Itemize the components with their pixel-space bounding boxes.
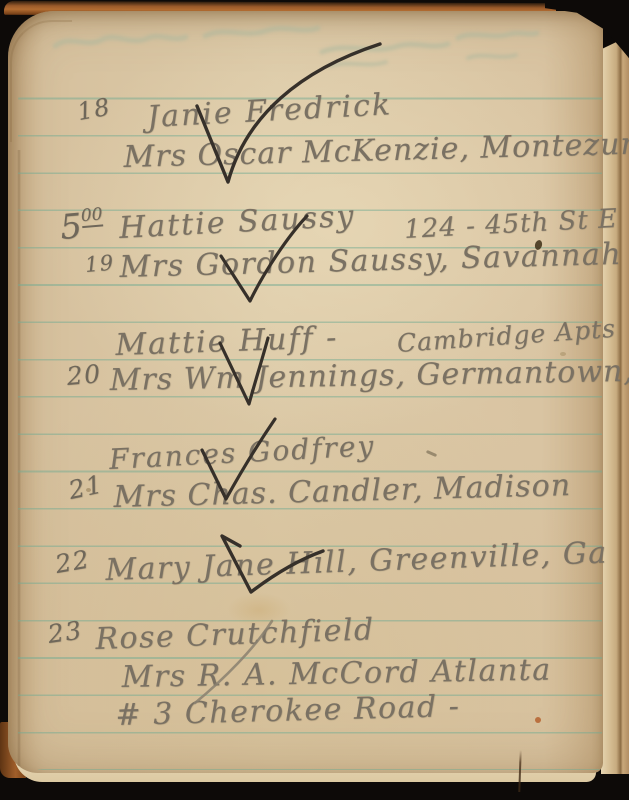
rust-spot <box>535 717 541 723</box>
check-mark-icon-entry-18 <box>197 44 380 182</box>
check-marks-layer <box>0 0 629 800</box>
foxing-spot <box>560 352 566 356</box>
check-mark-icon-entry-22 <box>222 536 323 592</box>
notebook-photo: 18 Janie Fredrick Mrs Oscar McKenzie, Mo… <box>0 0 629 800</box>
check-mark-icon-entry-20 <box>220 338 268 404</box>
foxing-spot <box>86 488 91 492</box>
check-mark-icon-entry-21 <box>202 419 275 499</box>
check-mark-icon-entry-19 <box>221 216 307 301</box>
paper-stain <box>215 586 303 634</box>
